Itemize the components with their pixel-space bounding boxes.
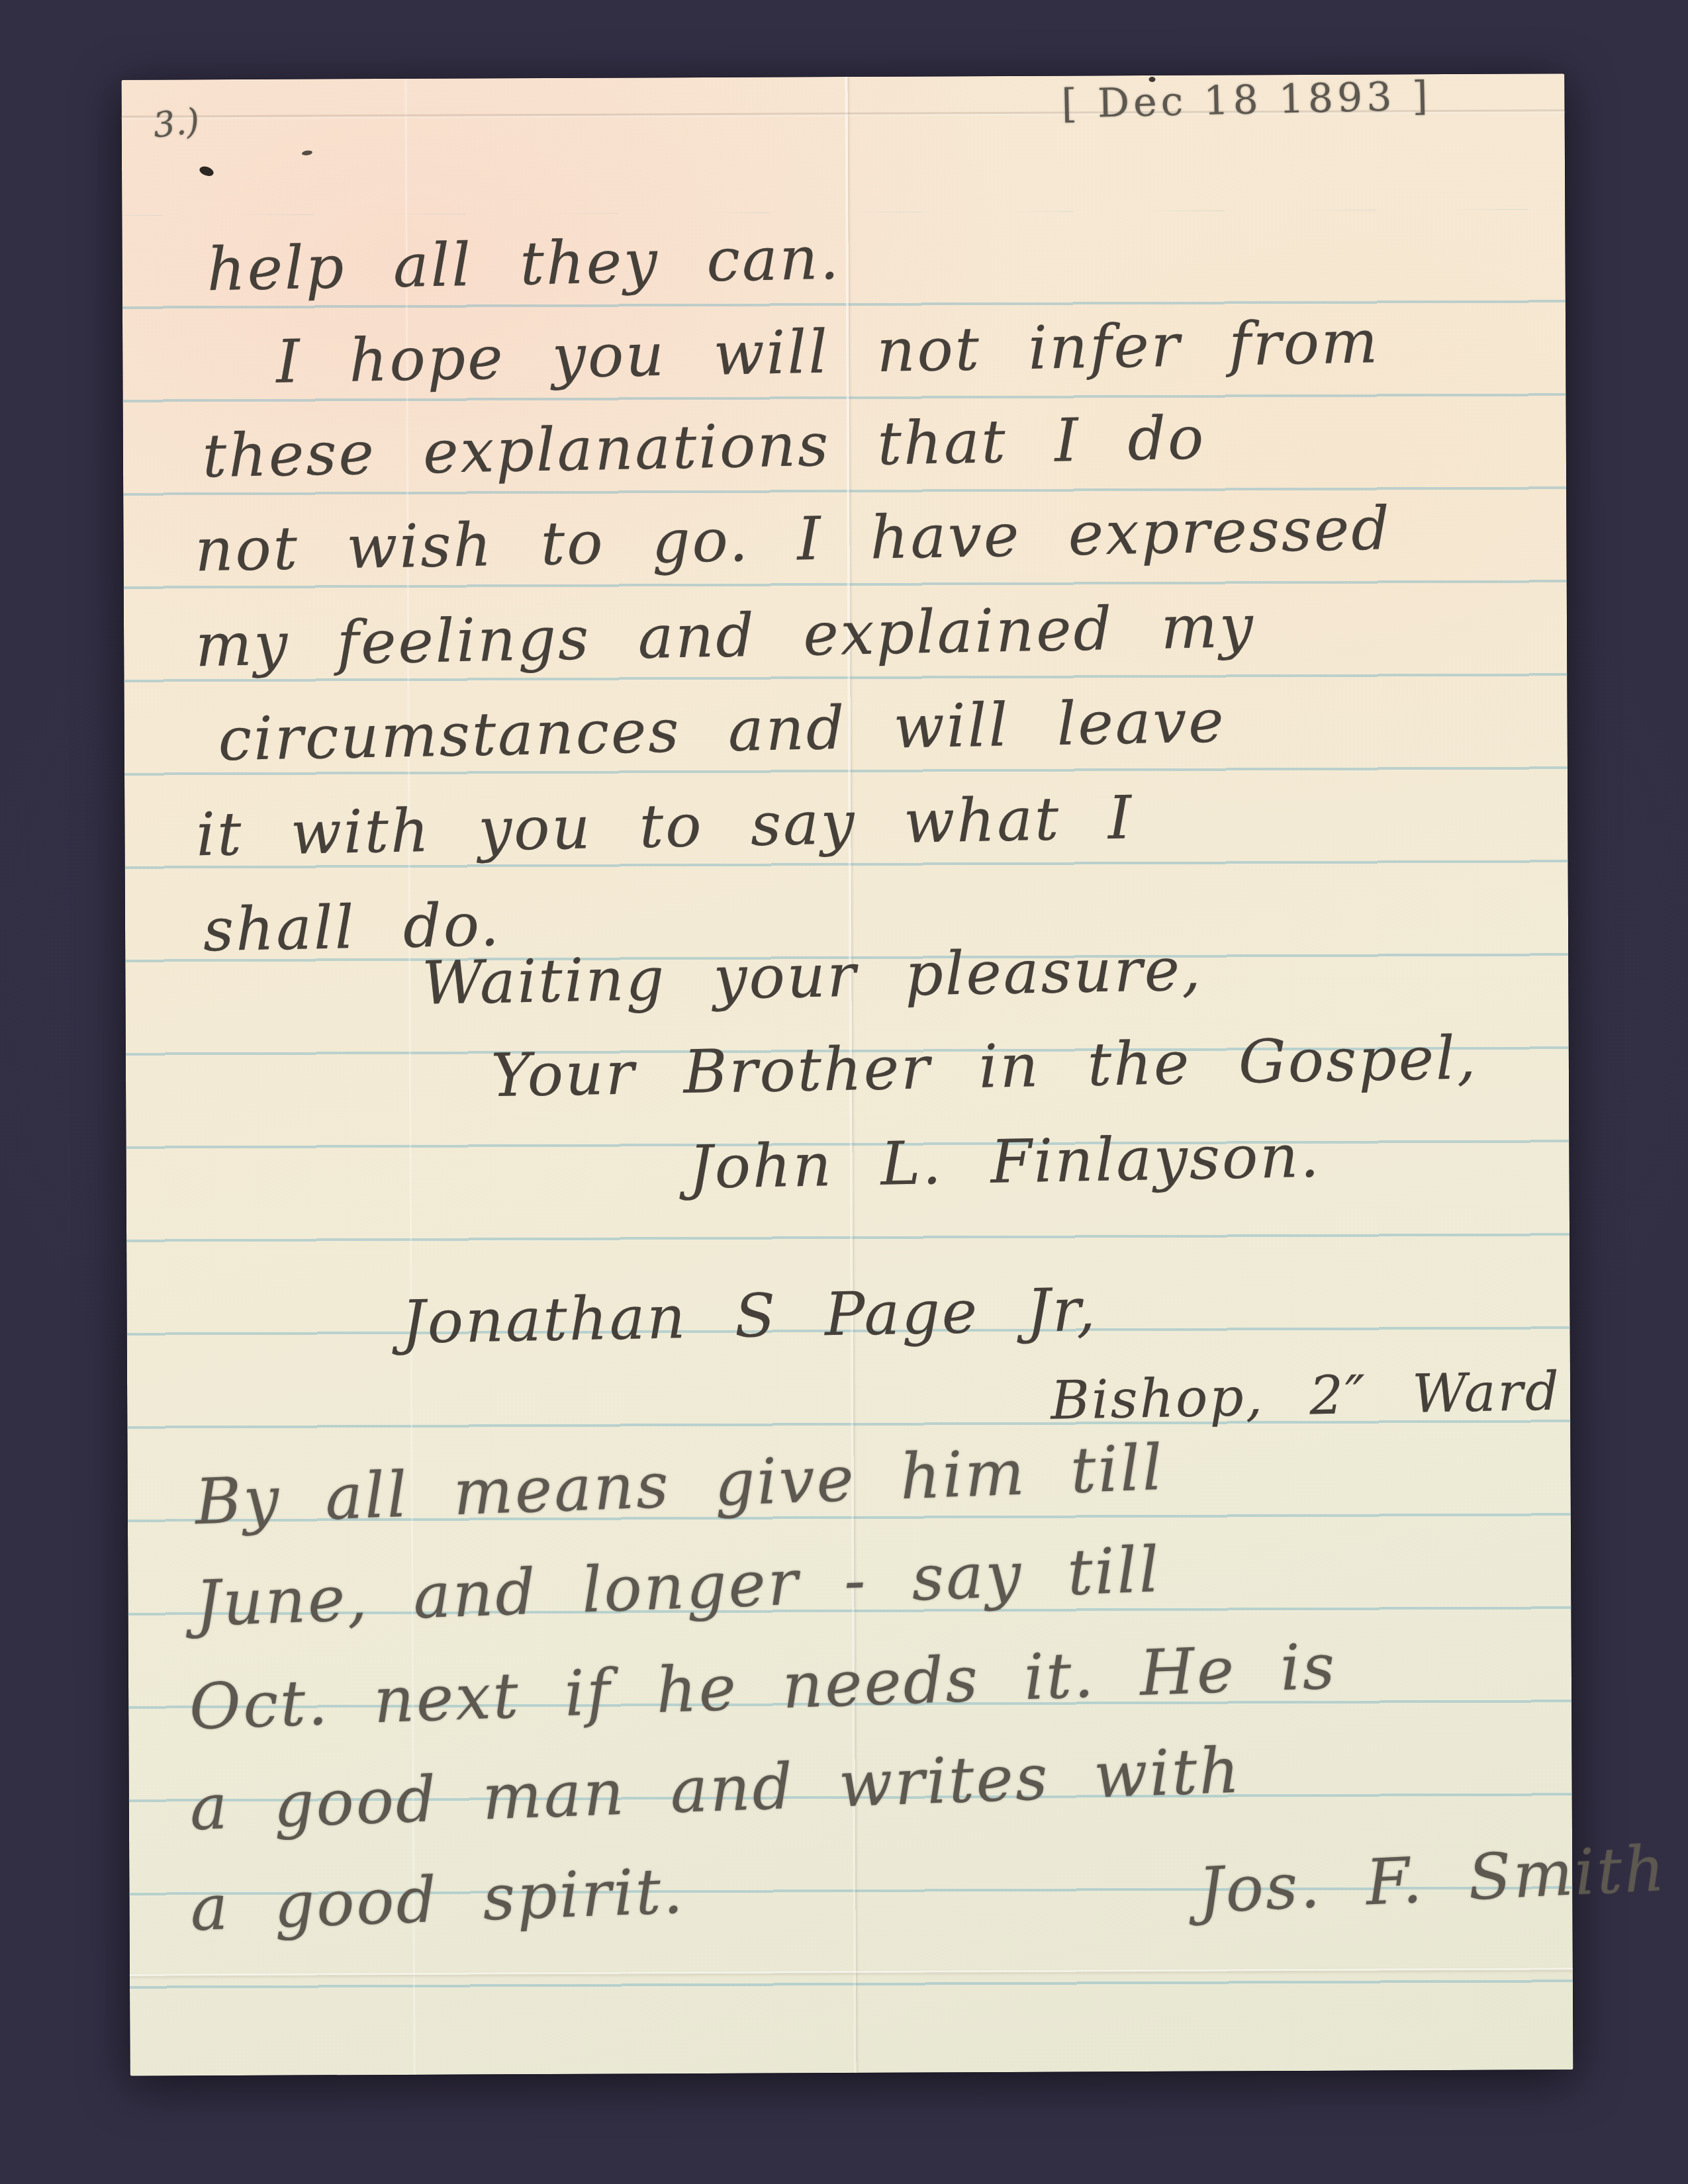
handwritten-line: help all they can. — [207, 226, 841, 303]
page-number-annotation: 3.) — [152, 103, 202, 145]
closing-line: Waiting your pleasure, — [421, 936, 1203, 1017]
ink-speck — [198, 165, 214, 178]
date-annotation: [ Dec 18 1893 ] — [1061, 74, 1432, 126]
signature-john-l-finlayson: John L. Finlayson. — [688, 1124, 1322, 1201]
addressee-name-line: Jonathan S Page Jr, — [401, 1277, 1098, 1355]
scan-background: 3.) [ Dec 18 1893 ] help all they can. I… — [0, 0, 1688, 2184]
addressee-title-line: Bishop, 2″ Ward — [1050, 1363, 1561, 1430]
ink-speck — [301, 150, 312, 156]
letter-page: 3.) [ Dec 18 1893 ] help all they can. I… — [121, 73, 1573, 2075]
